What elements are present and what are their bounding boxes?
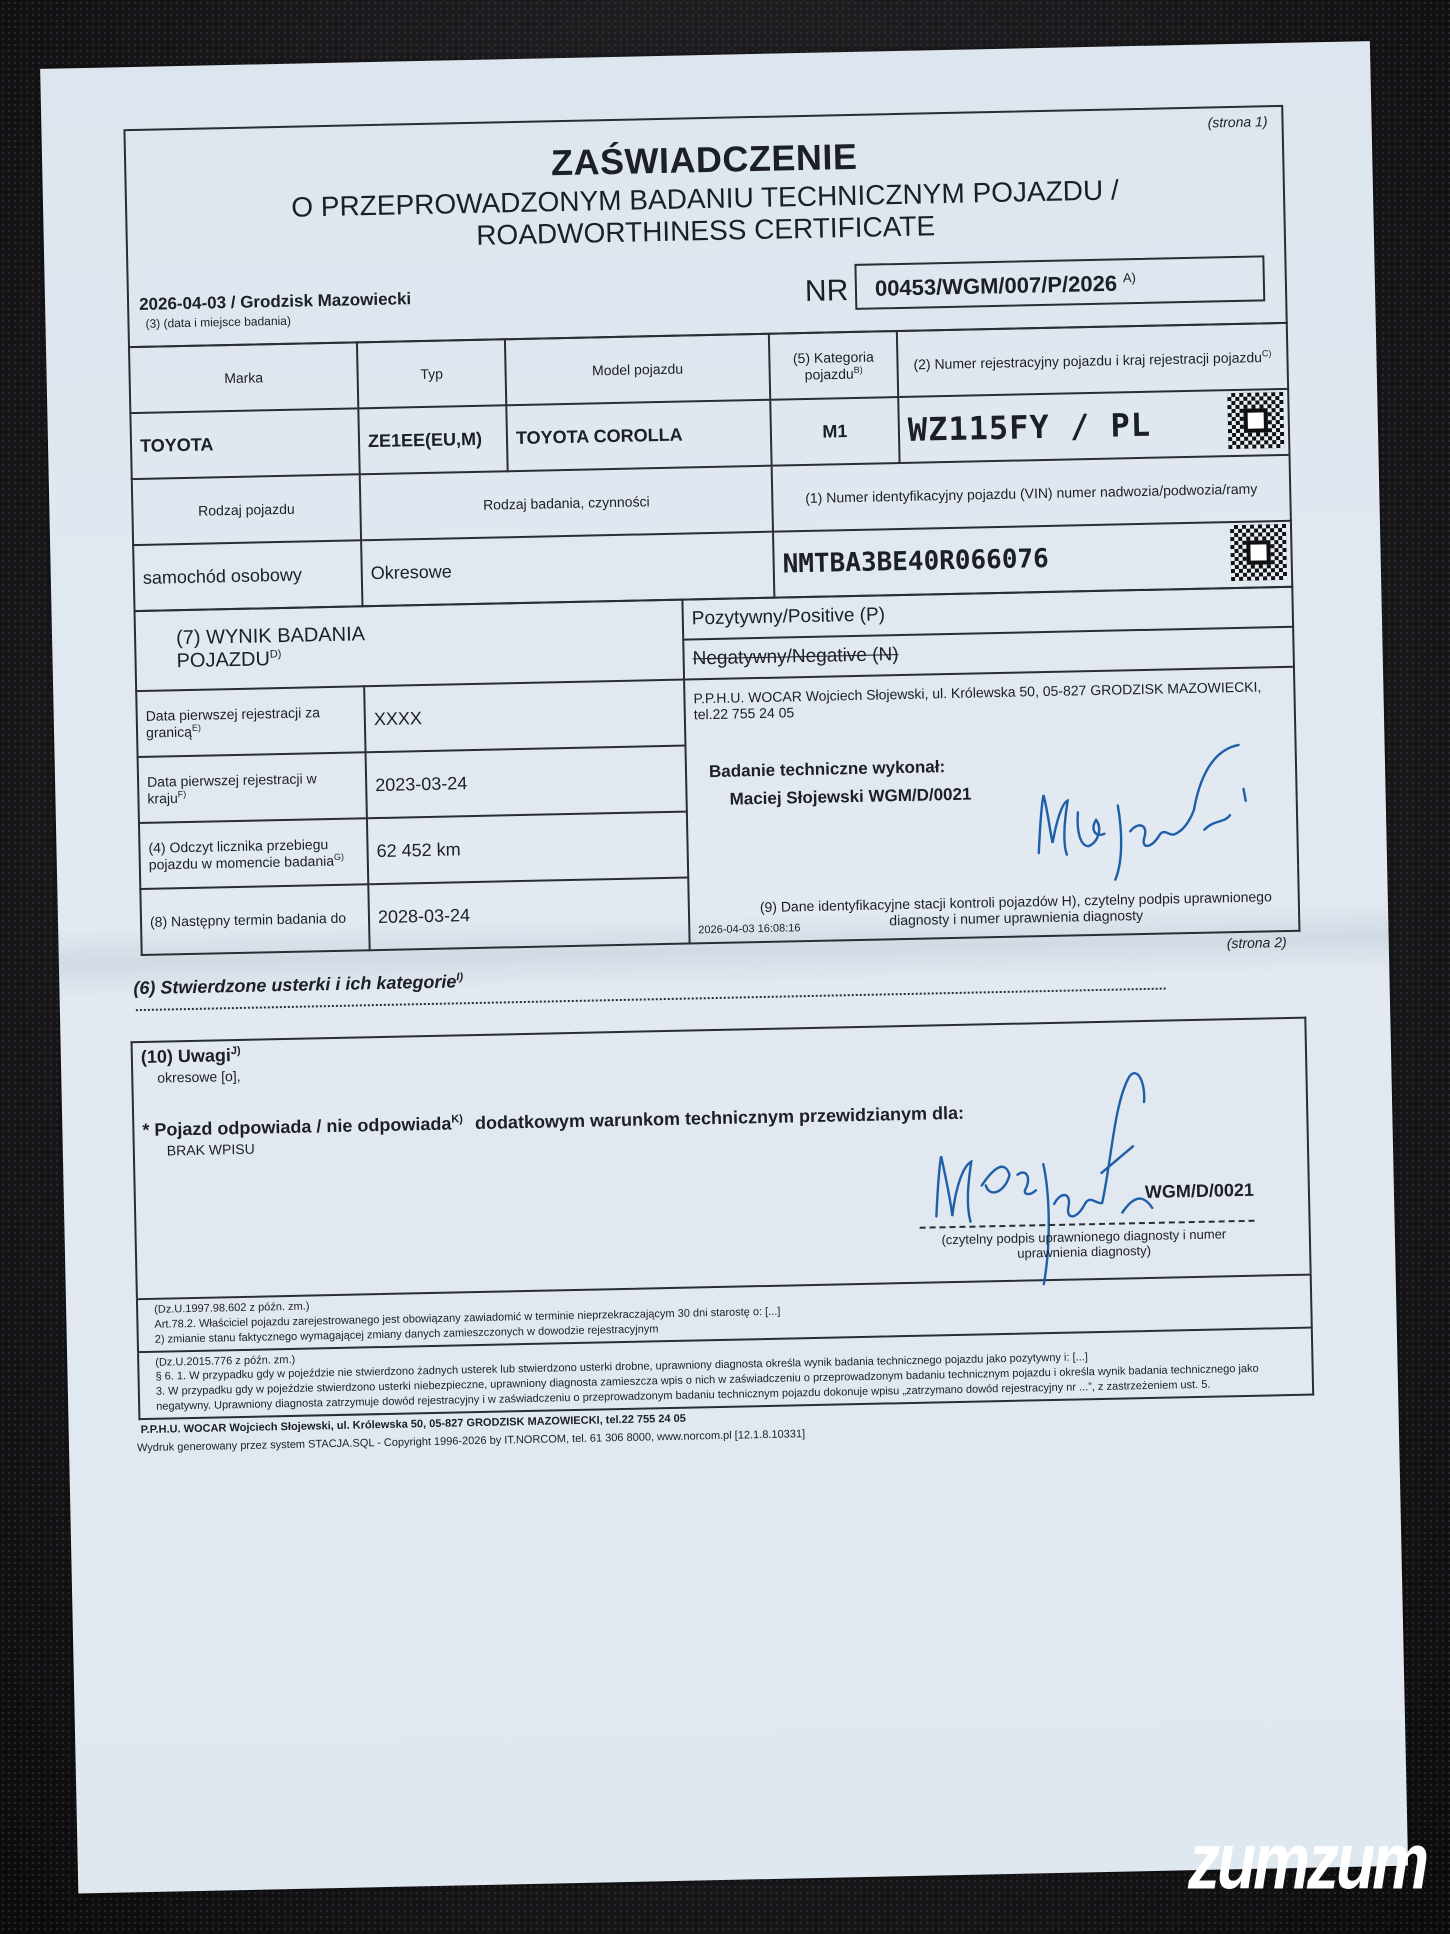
page-label-1: (strona 1) bbox=[1207, 113, 1267, 130]
result-table: (7) WYNIK BADANIA POJAZDUD) Pozytywny/Po… bbox=[133, 586, 1300, 956]
footnote-g: G) bbox=[334, 851, 344, 861]
first-reg-abroad-text: Data pierwszej rejestracji za granicą bbox=[146, 704, 321, 740]
nr-label: NR bbox=[805, 274, 849, 309]
header-vehicle-kind: Rodzaj pojazdu bbox=[132, 474, 361, 545]
footnote-i: I) bbox=[456, 971, 463, 983]
remarks-section: (10) UwagiJ) okresowe [o], * Pojazd odpo… bbox=[131, 1017, 1312, 1299]
certificate-number: 00453/WGM/007/P/2026A) bbox=[854, 255, 1265, 310]
first-reg-country-text: Data pierwszej rejestracji w kraju bbox=[147, 770, 317, 806]
registration-cell: WZ115FY / PL bbox=[898, 389, 1289, 463]
date-place-caption: (3) (data i miejsce badania) bbox=[145, 314, 291, 331]
footnote-f: F) bbox=[178, 789, 187, 799]
certificate-number-value: 00453/WGM/007/P/2026 bbox=[875, 271, 1118, 301]
signature-caption: (czytelny podpis uprawnionego diagnosty … bbox=[919, 1226, 1250, 1263]
qr-code-icon bbox=[1230, 524, 1287, 581]
footnote-a: A) bbox=[1123, 270, 1136, 285]
category-value: M1 bbox=[770, 397, 899, 466]
station-caption-9: (9) Dane identyfikacyjne stacji kontroli… bbox=[736, 888, 1297, 932]
remarks-title-text: (10) Uwagi bbox=[141, 1045, 231, 1067]
make-value: TOYOTA bbox=[130, 408, 359, 479]
defects-title-text: (6) Stwierdzone usterki i ich kategorie bbox=[133, 971, 456, 998]
watermark-logo: zumzum bbox=[1188, 1815, 1426, 1908]
header-type: Typ bbox=[357, 339, 506, 408]
vin-cell: NMTBA3BE40R066076 bbox=[773, 521, 1292, 598]
vin-value: NMTBA3BE40R066076 bbox=[782, 544, 1049, 580]
vehicle-table: Marka Typ Model pojazdu (5) Kategoria po… bbox=[128, 322, 1293, 612]
model-value: TOYOTA COROLLA bbox=[506, 400, 771, 472]
qr-code-icon bbox=[1227, 392, 1284, 449]
title-block: (strona 1) ZAŚWIADCZENIE O PRZEPROWADZON… bbox=[123, 105, 1287, 348]
station-address: P.P.H.U. WOCAR Wojciech Słojewski, ul. K… bbox=[693, 678, 1286, 722]
header-category: (5) Kategoria pojazduB) bbox=[769, 331, 898, 400]
footnote-b: B) bbox=[854, 364, 863, 374]
header-vin: (1) Numer identyfikacyjny pojazdu (VIN) … bbox=[772, 455, 1291, 532]
diagnostician-number: WGM/D/0021 bbox=[1145, 1180, 1254, 1203]
footnote-c: C) bbox=[1262, 348, 1272, 358]
header-registration: (2) Numer rejestracyjny pojazdu i kraj r… bbox=[897, 323, 1288, 397]
first-reg-abroad-label: Data pierwszej rejestracji za granicąE) bbox=[136, 686, 365, 757]
station-cell: P.P.H.U. WOCAR Wojciech Słojewski, ul. K… bbox=[684, 667, 1299, 944]
first-reg-country-value: 2023-03-24 bbox=[366, 746, 687, 819]
odometer-value: 62 452 km bbox=[367, 812, 688, 885]
certificate-document: (strona 1) ZAŚWIADCZENIE O PRZEPROWADZON… bbox=[123, 105, 1310, 1454]
first-reg-country-label: Data pierwszej rejestracji w krajuF) bbox=[138, 752, 367, 823]
footnote-d: D) bbox=[270, 648, 282, 660]
inspection-timestamp: 2026-04-03 16:08:16 bbox=[698, 922, 800, 936]
header-make: Marka bbox=[129, 342, 358, 413]
type-value: ZE1EE(EU,M) bbox=[358, 405, 507, 474]
footnote-j: J) bbox=[231, 1045, 241, 1057]
next-inspection-value: 2028-03-24 bbox=[368, 878, 689, 951]
result-title: (7) WYNIK BADANIA POJAZDUD) bbox=[135, 600, 685, 691]
first-reg-abroad-value: XXXX bbox=[364, 680, 685, 753]
date-place: 2026-04-03 / Grodzisk Mazowiecki bbox=[139, 289, 411, 315]
inspection-kind-value: Okresowe bbox=[361, 532, 774, 607]
odometer-label: (4) Odczyt licznika przebiegu pojazdu w … bbox=[139, 818, 368, 889]
certificate-paper: (strona 1) ZAŚWIADCZENIE O PRZEPROWADZON… bbox=[40, 41, 1408, 1893]
registration-value: WZ115FY / PL bbox=[907, 406, 1151, 449]
footnote-e: E) bbox=[192, 722, 201, 732]
conformity-text: * Pojazd odpowiada / nie odpowiada bbox=[142, 1114, 451, 1140]
header-model: Model pojazdu bbox=[505, 334, 770, 406]
header-inspection-kind: Rodzaj badania, czynności bbox=[360, 466, 773, 541]
inspector-signature bbox=[1017, 738, 1280, 883]
result-title-line2-text: POJAZDU bbox=[176, 648, 270, 672]
next-inspection-label: (8) Następny termin badania do bbox=[140, 884, 369, 955]
odometer-label-text: (4) Odczyt licznika przebiegu pojazdu w … bbox=[148, 836, 334, 872]
header-registration-text: (2) Numer rejestracyjny pojazdu i kraj r… bbox=[913, 349, 1262, 372]
vehicle-kind-value: samochód osobowy bbox=[133, 540, 362, 611]
footnote-k: K) bbox=[451, 1113, 463, 1125]
